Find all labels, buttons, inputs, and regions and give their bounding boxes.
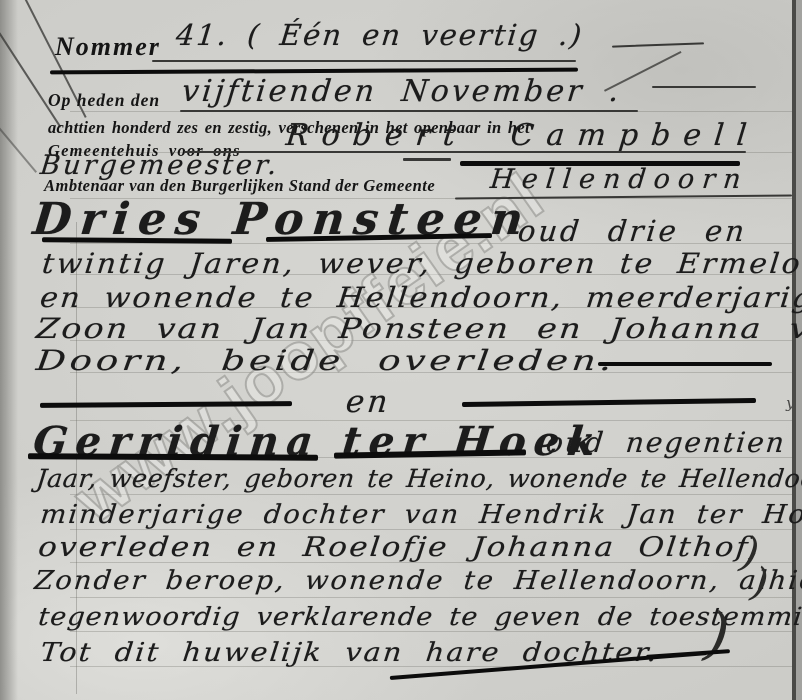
bride-detail-1: Jaar, weefster, geboren te Heino, wonend… [35,464,802,493]
dash-flourish [612,42,704,47]
groom-detail-3: Zoon van Jan Ponsteen en Johanna van [35,312,802,345]
connector-rule-right [462,398,756,407]
underline-thin [152,60,576,62]
municipality-value: Hellendoorn [489,164,751,195]
record-number-label: Nommer [55,32,161,62]
connector-word: en [344,384,392,420]
scan-left-edge [0,0,18,700]
groom-detail-2: en wonende te Hellendoorn, meerderjarige [39,281,802,314]
guideline [70,631,792,632]
groom-detail-1: twintig Jaren, wever, geboren te Ermelo [41,247,802,280]
stray-mark: y [786,394,794,412]
bride-detail-3: overleden en Roelofje Johanna Olthof, [37,532,762,563]
dash-flourish [403,158,451,161]
guideline [70,494,792,495]
opening-printed: Op heden den [48,90,160,111]
dash-flourish [652,86,756,88]
registrar-printed: Ambtenaar van den Burgerlijken Stand der… [44,176,435,196]
bride-age-intro: oud negentien [545,426,788,459]
record-number-value: 41. ( Één en veertig .) [174,18,585,52]
bride-detail-2: minderjarige dochter van Hendrik Jan ter… [39,500,802,530]
groom-detail-4: Doorn, beide overleden. [35,344,618,377]
underline-thin [180,110,638,112]
document-scan: www.joopffeie.nl Nommer 41. ( Één en vee… [0,0,802,700]
guideline [70,597,792,598]
bride-detail-4: Zonder beroep, wonende te Hellendoorn, a… [33,566,802,596]
date-value: vijftienden November . [180,74,623,109]
groom-age-intro: oud drie en [516,214,748,248]
bride-detail-5: tegenwoordig verklarende te geven de toe… [37,602,802,631]
official-name: Robert Campbell [284,118,761,153]
fill-rule-thick [598,362,772,366]
